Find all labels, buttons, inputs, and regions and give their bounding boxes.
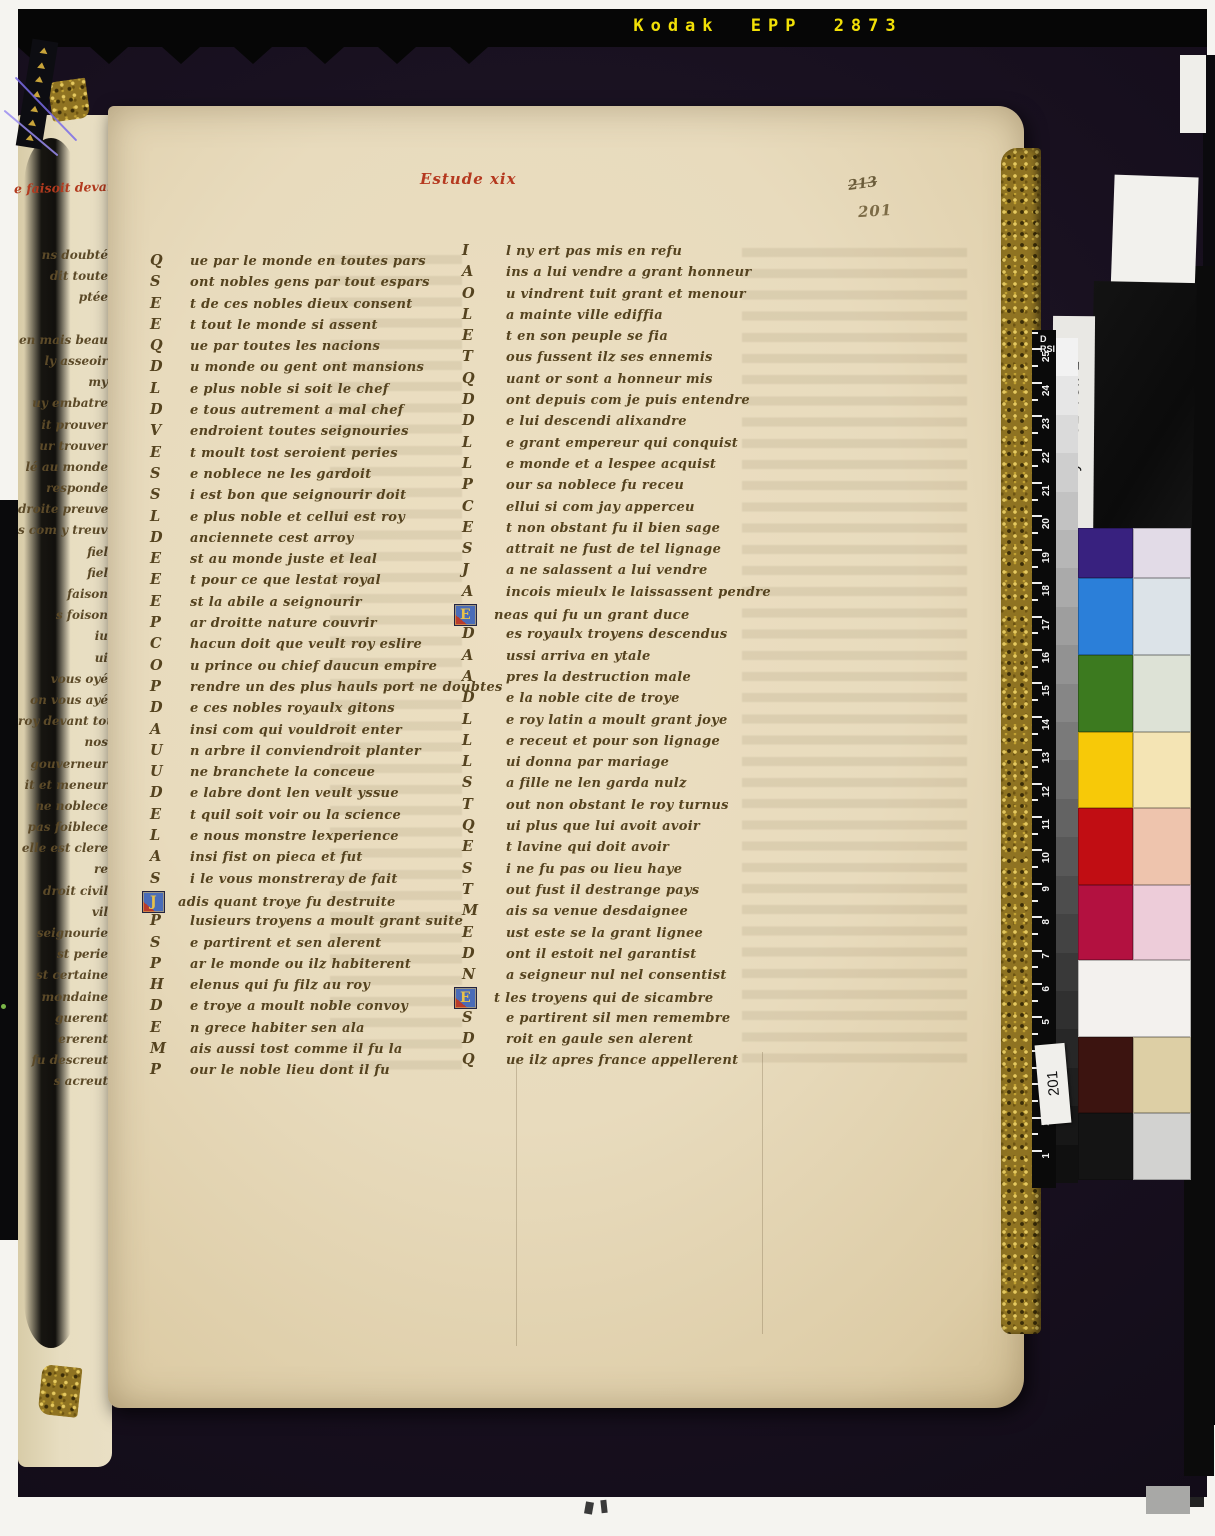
notch-tooth	[234, 47, 272, 64]
line-initial: A	[150, 721, 190, 738]
fragment-line: lé au monde	[18, 460, 111, 481]
verse-line: Quant or sont a honneur mis	[462, 370, 887, 391]
color-patch	[1133, 1113, 1191, 1180]
line-initial: D	[462, 412, 506, 429]
notch-tooth	[450, 47, 488, 64]
verse-line: Dont il estoit nel garantist	[462, 945, 887, 966]
line-initial: P	[150, 614, 190, 631]
illuminated-initial: E	[454, 987, 477, 1009]
verse-line: Est la abile a seignourir	[150, 593, 465, 614]
fragment-line: mondaine	[18, 990, 111, 1011]
running-header: Estude xix	[420, 170, 600, 188]
ruling-guide-line	[762, 1052, 763, 1334]
film-notch-teeth	[18, 47, 488, 65]
ruler-number: 16	[1041, 652, 1052, 663]
verse-line: Par droitte nature couvrir	[150, 614, 465, 635]
ruler-number: 20	[1041, 518, 1052, 529]
black-reference-card	[1088, 281, 1197, 560]
gray-step	[1056, 492, 1078, 530]
verse-line: Cellui si com jay apperceu	[462, 498, 887, 519]
line-initial: L	[462, 711, 506, 728]
fragment-line: ly asseoir	[18, 354, 111, 375]
line-initial: E	[462, 327, 506, 344]
ruler-half-tick	[1032, 599, 1038, 601]
fragment-line: vous oyé	[18, 672, 111, 693]
fragment-line: ererent	[18, 1032, 111, 1053]
verse-line: Qui plus que lui avoit avoir	[462, 817, 887, 838]
verse-text: a mainte ville ediffia	[506, 308, 663, 323]
verse-text: t tout le monde si assent	[190, 318, 378, 333]
gray-step	[1056, 415, 1078, 453]
patch-row	[1078, 885, 1191, 960]
line-initial: D	[462, 945, 506, 962]
fragment-line: faison	[18, 587, 111, 608]
fragment-line: st perie	[18, 947, 111, 968]
gold-triangle-mark	[28, 119, 37, 126]
previous-page-fragments: ns doubtédit touteptéeen mais beauly ass…	[18, 248, 111, 1096]
verse-line: Et les troyens qui de sicambre	[462, 987, 887, 1008]
verse-text: u prince ou chief daucun empire	[190, 659, 437, 674]
line-initial: D	[150, 358, 190, 375]
color-patch	[1078, 960, 1191, 1037]
verse-text: t quil soit voir ou la science	[190, 808, 401, 823]
line-initial: L	[462, 753, 506, 770]
line-initial: Q	[462, 817, 506, 834]
ruler-number: 1	[1041, 1153, 1052, 1159]
verse-text: i est bon que seignourir doit	[190, 488, 406, 503]
verse-line: Ainsi fist on pieca et fut	[150, 848, 465, 869]
line-initial: P	[462, 476, 506, 493]
verse-line: Eneas qui fu un grant duce	[462, 604, 887, 625]
ruler-number: 13	[1041, 752, 1052, 763]
verse-text: i ne fu pas ou lieu haye	[506, 862, 682, 877]
gray-step	[1056, 684, 1078, 722]
patch-row	[1078, 655, 1191, 732]
line-initial: U	[150, 742, 190, 759]
line-initial: E	[150, 571, 190, 588]
ruler-number: 8	[1041, 919, 1052, 925]
verse-line: Vendroient toutes seignouries	[150, 422, 465, 443]
verse-text: pres la destruction male	[506, 670, 691, 685]
verse-line: Tout non obstant le roy turnus	[462, 796, 887, 817]
verse-line: Et tout le monde si assent	[150, 316, 465, 337]
line-initial: L	[462, 455, 506, 472]
line-initial: E	[150, 295, 190, 312]
verse-line: Jadis quant troye fu destruite	[150, 891, 465, 912]
fragment-line: on vous ayé	[18, 693, 111, 714]
ruler-tick	[1032, 582, 1042, 584]
ruler-tick	[1032, 415, 1042, 417]
line-initial: D	[462, 689, 506, 706]
line-initial: E	[462, 519, 506, 536]
gray-step	[1056, 991, 1078, 1029]
verse-text: ust este se la grant lignee	[506, 926, 703, 941]
verse-line: De lui descendi alixandre	[462, 412, 887, 433]
ruler-half-tick	[1032, 1100, 1038, 1102]
verse-line: Eust este se la grant lignee	[462, 924, 887, 945]
line-initial: Q	[462, 370, 506, 387]
ruler-half-tick	[1032, 1133, 1038, 1135]
fragment-line: re	[18, 862, 111, 883]
fragment-line: ns doubté	[18, 248, 111, 269]
edge-speck	[1, 1004, 6, 1009]
line-initial: C	[150, 635, 190, 652]
verse-text: out fust il destrange pays	[506, 883, 699, 898]
ruler-number: 14	[1041, 719, 1052, 730]
ruler-number: 18	[1041, 585, 1052, 596]
illuminated-initial: J	[142, 891, 165, 913]
verse-text: ais sa venue desdaignee	[506, 904, 688, 919]
border-nub	[1190, 1497, 1204, 1507]
gray-step	[1056, 453, 1078, 491]
fragment-line: droite preuve	[18, 502, 111, 523]
line-initial: P	[150, 1061, 190, 1078]
verse-line: Si est bon que seignourir doit	[150, 486, 465, 507]
verse-text: e nous monstre lexperience	[190, 829, 399, 844]
fragment-line: roy devant tout	[18, 714, 111, 735]
verse-text: e plus noble et cellui est roy	[190, 510, 405, 525]
verse-line: Un arbre il conviendroit planter	[150, 742, 465, 763]
ruler-number: 7	[1041, 953, 1052, 959]
verse-text: ais aussi tost comme il fu la	[190, 1042, 403, 1057]
verse-text: ont nobles gens par tout espars	[190, 275, 430, 290]
line-initial: S	[462, 774, 506, 791]
verse-text: our sa noblece fu receu	[506, 478, 684, 493]
gray-step	[1056, 799, 1078, 837]
verse-text: t non obstant fu il bien sage	[506, 521, 720, 536]
line-initial: S	[150, 465, 190, 482]
line-initial: P	[150, 678, 190, 695]
verse-text: e labre dont len veult yssue	[190, 786, 399, 801]
verse-text: ussi arriva en ytale	[506, 649, 651, 664]
verse-line: Que ilz apres france appellerent	[462, 1051, 887, 1072]
verse-text: u monde ou gent ont mansions	[190, 360, 424, 375]
verse-text: a ne salassent a lui vendre	[506, 563, 708, 578]
color-patch	[1078, 578, 1133, 655]
verse-text: t en son peuple se fia	[506, 329, 668, 344]
verse-line: Est au monde juste et leal	[150, 550, 465, 571]
verse-text: e receut et pour son lignage	[506, 734, 720, 749]
film-edge-top-right-tab	[1180, 55, 1206, 133]
verse-line: Et lavine qui doit avoir	[462, 838, 887, 859]
film-edge-left-dark	[0, 500, 18, 1240]
color-patch	[1078, 885, 1133, 960]
verse-text: ue par toutes les nacions	[190, 339, 380, 354]
color-patch	[1133, 732, 1191, 808]
verse-line: Ainsi com qui vouldroit enter	[150, 721, 465, 742]
verse-line: Apres la destruction male	[462, 668, 887, 689]
ruler-tick	[1032, 649, 1042, 651]
color-patch	[1078, 655, 1133, 732]
line-initial: M	[150, 1040, 190, 1057]
ruler-number: 9	[1041, 886, 1052, 892]
gray-step	[1056, 607, 1078, 645]
fragment-line: it prouver	[18, 418, 111, 439]
line-initial: D	[150, 401, 190, 418]
verse-line: Danciennete cest arroy	[150, 529, 465, 550]
line-initial: J	[462, 561, 506, 578]
line-initial: Q	[150, 337, 190, 354]
line-initial: S	[150, 870, 190, 887]
line-initial: O	[462, 285, 506, 302]
verse-line: Aussi arriva en ytale	[462, 647, 887, 668]
verse-text: e la noble cite de troye	[506, 691, 680, 706]
ruler-half-tick	[1032, 399, 1038, 401]
color-patch	[1133, 578, 1191, 655]
verse-line: Et quil soit voir ou la science	[150, 806, 465, 827]
line-initial: D	[150, 529, 190, 546]
verse-text: adis quant troye fu destruite	[178, 895, 396, 910]
verse-text: ont il estoit nel garantist	[506, 947, 697, 962]
ruler-number: 24	[1041, 385, 1052, 396]
verse-text: ue par le monde en toutes pars	[190, 254, 426, 269]
line-initial: Q	[150, 252, 190, 269]
verse-line: Ains a lui vendre a grant honneur	[462, 263, 887, 284]
verse-text: e tous autrement a mal chef	[190, 403, 404, 418]
verse-line: Ou vindrent tuit grant et menour	[462, 285, 887, 306]
verse-line: Par le monde ou ilz habiterent	[150, 955, 465, 976]
verse-text: ue ilz apres france appellerent	[506, 1053, 738, 1068]
verse-text: ui donna par mariage	[506, 755, 669, 770]
color-patch	[1078, 732, 1133, 808]
line-initial: A	[462, 263, 506, 280]
verse-line: Ou prince ou chief daucun empire	[150, 657, 465, 678]
verse-line: Et en son peuple se fia	[462, 327, 887, 348]
verse-line: Le monde et a lespee acquist	[462, 455, 887, 476]
patch-row	[1078, 528, 1191, 578]
verse-text: rendre un des plus hauls port ne doubtes	[190, 680, 503, 695]
verse-text: uant or sont a honneur mis	[506, 372, 713, 387]
fragment-line: s foison	[18, 608, 111, 629]
gray-step	[1056, 914, 1078, 952]
verse-line: Et de ces nobles dieux consent	[150, 295, 465, 316]
fragment-line: my	[18, 375, 111, 396]
border-mark	[600, 1500, 607, 1514]
line-initial: D	[462, 391, 506, 408]
patch-row	[1078, 960, 1191, 1037]
notch-tooth	[306, 47, 344, 64]
line-initial: D	[150, 997, 190, 1014]
verse-text: ne branchete la conceue	[190, 765, 375, 780]
color-patch	[1133, 528, 1191, 578]
color-patch	[1133, 885, 1191, 960]
line-initial: S	[150, 273, 190, 290]
ruler-half-tick	[1032, 432, 1038, 434]
gray-chip	[1146, 1486, 1190, 1514]
color-patch	[1133, 808, 1191, 885]
text-column-1: Que par le monde en toutes parsSont nobl…	[150, 252, 465, 1083]
ruler-number: 10	[1041, 852, 1052, 863]
ruler-tick	[1032, 382, 1042, 384]
verse-text: incois mieulx le laissassent pendre	[506, 585, 771, 600]
gray-step	[1056, 376, 1078, 414]
verse-line: Se partirent et sen alerent	[150, 934, 465, 955]
notch-tooth	[162, 47, 200, 64]
verse-text: t lavine qui doit avoir	[506, 840, 669, 855]
ruler-half-tick	[1032, 866, 1038, 868]
line-initial: A	[462, 583, 506, 600]
verse-text: roit en gaule sen alerent	[506, 1032, 693, 1047]
line-initial: S	[150, 486, 190, 503]
verse-line: Le plus noble si soit le chef	[150, 380, 465, 401]
verse-line: En grece habiter sen ala	[150, 1019, 465, 1040]
fragment-line: en mais beau	[18, 333, 111, 354]
line-initial: L	[462, 306, 506, 323]
gray-step	[1056, 568, 1078, 606]
verse-line: Aincois mieulx le laissassent pendre	[462, 583, 887, 604]
color-patch	[1133, 1037, 1191, 1113]
ruler-half-tick	[1032, 332, 1038, 334]
ruler-tick	[1032, 950, 1042, 952]
verse-text: ar droitte nature couvrir	[190, 616, 377, 631]
verse-line: Pour sa noblece fu receu	[462, 476, 887, 497]
verse-text: t moult tost seroient peries	[190, 446, 398, 461]
line-initial: S	[462, 540, 506, 557]
line-initial: D	[150, 699, 190, 716]
verse-text: e partirent et sen alerent	[190, 936, 382, 951]
color-patch	[1078, 528, 1133, 578]
gray-step	[1056, 722, 1078, 760]
patch-row	[1078, 578, 1191, 655]
verse-text: e roy latin a moult grant joye	[506, 713, 728, 728]
verse-text: l ny ert pas mis en refu	[506, 244, 682, 259]
fragment-line: nos	[18, 735, 111, 756]
line-initial: E	[150, 1019, 190, 1036]
verse-line: Le nous monstre lexperience	[150, 827, 465, 848]
ruler-half-tick	[1032, 799, 1038, 801]
line-initial: L	[462, 732, 506, 749]
line-initial: D	[150, 784, 190, 801]
line-initial: T	[462, 348, 506, 365]
verse-line: Le grant empereur qui conquist	[462, 434, 887, 455]
ruler-number: 15	[1041, 685, 1052, 696]
verse-line: La mainte ville ediffia	[462, 306, 887, 327]
patch-row	[1078, 1037, 1191, 1113]
gray-step	[1056, 953, 1078, 991]
verse-line: De tous autrement a mal chef	[150, 401, 465, 422]
previous-page-rubric-fragment: e faisoit devant	[14, 179, 114, 197]
verse-line: Prendre un des plus hauls port ne doubte…	[150, 678, 465, 699]
ruler-number: 21	[1041, 485, 1052, 496]
line-initial: E	[150, 444, 190, 461]
verse-line: Le roy latin a moult grant joye	[462, 711, 887, 732]
patch-row	[1078, 1113, 1191, 1180]
verse-line: Le plus noble et cellui est roy	[150, 508, 465, 529]
ruler-half-tick	[1032, 900, 1038, 902]
ruler-tick	[1032, 549, 1042, 551]
verse-text: es royaulx troyens descendus	[506, 627, 728, 642]
patch-row	[1078, 808, 1191, 885]
fragment-line: ptée	[18, 290, 111, 311]
fragment-line: ur trouver	[18, 439, 111, 460]
line-initial: L	[150, 380, 190, 397]
ruler-tick	[1032, 716, 1042, 718]
line-initial: L	[150, 508, 190, 525]
fragment-line: pas foiblece	[18, 820, 111, 841]
fragment-line: gouverneur	[18, 757, 111, 778]
verse-line: Sont nobles gens par tout espars	[150, 273, 465, 294]
line-initial: S	[462, 1009, 506, 1026]
ruler-half-tick	[1032, 1033, 1038, 1035]
verse-text: endroient toutes seignouries	[190, 424, 409, 439]
line-initial: O	[150, 657, 190, 674]
notch-tooth	[378, 47, 416, 64]
verse-text: n grece habiter sen ala	[190, 1021, 365, 1036]
line-initial: L	[462, 434, 506, 451]
verse-text: e plus noble si soit le chef	[190, 382, 389, 397]
fragment-line: seignourie	[18, 926, 111, 947]
fragment-line: fiel	[18, 545, 111, 566]
verse-text: out non obstant le roy turnus	[506, 798, 729, 813]
verse-text: e lui descendi alixandre	[506, 414, 687, 429]
fragment-line: s com y treuve	[18, 523, 111, 544]
line-initial: V	[150, 422, 190, 439]
fragment-line: dit toute	[18, 269, 111, 290]
patch-row	[1078, 732, 1191, 808]
verse-line: Plusieurs troyens a moult grant suite	[150, 912, 465, 933]
fragment-line: guerent	[18, 1011, 111, 1032]
verse-text: a seigneur nul nel consentist	[506, 968, 727, 983]
fragment-line	[18, 312, 111, 333]
notch-tooth	[90, 47, 128, 64]
verse-text: t les troyens qui de sicambre	[494, 991, 713, 1006]
illuminated-initial: E	[454, 604, 477, 626]
fragment-line: fiel	[18, 566, 111, 587]
folio-number: 201	[857, 201, 892, 221]
ruler-number: 17	[1041, 619, 1052, 630]
verse-text: attrait ne fust de tel lignage	[506, 542, 721, 557]
verse-line: Que par le monde en toutes pars	[150, 252, 465, 273]
ruler-tick	[1032, 883, 1042, 885]
verse-text: ar le monde ou ilz habiterent	[190, 957, 411, 972]
gray-step	[1056, 530, 1078, 568]
ruler-number: 6	[1041, 986, 1052, 992]
ruler-half-tick	[1032, 566, 1038, 568]
ruler-half-tick	[1032, 699, 1038, 701]
ruler-half-tick	[1032, 666, 1038, 668]
ruler-half-tick	[1032, 632, 1038, 634]
verse-text: ui plus que lui avoit avoir	[506, 819, 700, 834]
verse-line: De labre dont len veult yssue	[150, 784, 465, 805]
ruler-half-tick	[1032, 465, 1038, 467]
verse-text: e partirent sil men remembre	[506, 1011, 730, 1026]
line-initial: C	[462, 498, 506, 515]
verse-text: ont depuis com je puis entendre	[506, 393, 750, 408]
fragment-line: responde	[18, 481, 111, 502]
line-initial: M	[462, 902, 506, 919]
ruler-number: 5	[1041, 1019, 1052, 1025]
color-patch	[1078, 1037, 1133, 1113]
verse-line: Tous fussent ilz ses ennemis	[462, 348, 887, 369]
verse-line: Pour le noble lieu dont il fu	[150, 1061, 465, 1082]
verse-line: Une branchete la conceue	[150, 763, 465, 784]
gray-step	[1056, 876, 1078, 914]
fragment-line: fu descreut	[18, 1053, 111, 1074]
line-initial: E	[462, 838, 506, 855]
color-patch	[1078, 808, 1133, 885]
verse-line: Droit en gaule sen alerent	[462, 1030, 887, 1051]
line-initial: S	[150, 934, 190, 951]
line-initial: U	[150, 763, 190, 780]
verse-line: Se noblece ne les gardoit	[150, 465, 465, 486]
verse-text: st la abile a seignourir	[190, 595, 362, 610]
fragment-line: elle est clere	[18, 841, 111, 862]
ruler-number: 23	[1041, 418, 1052, 429]
verse-text: neas qui fu un grant duce	[494, 608, 690, 623]
ruler-half-tick	[1032, 766, 1038, 768]
ruler-number: 19	[1041, 552, 1052, 563]
verse-text: a fille ne len garda nulz	[506, 776, 687, 791]
